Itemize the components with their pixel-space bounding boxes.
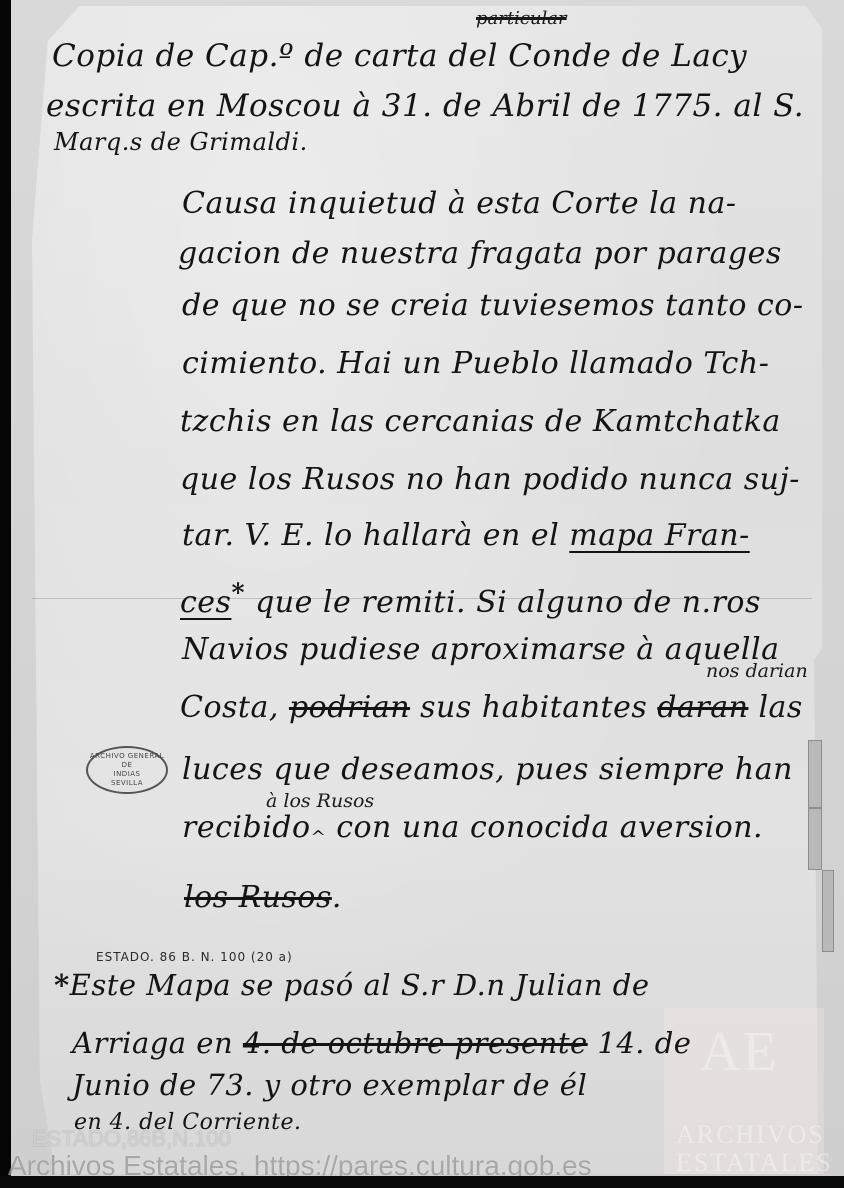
interlinear-a-los-rusos: à los Rusos: [266, 790, 374, 812]
body-line-12: recibido^ con una conocida aversion.: [182, 810, 763, 848]
underlined-ces: ces: [180, 585, 231, 620]
body-line-2: gacion de nuestra fragata por parages: [178, 236, 782, 271]
struck-podrian: podrian: [289, 690, 410, 725]
body-line-1: Causa inquietud à esta Corte la na-: [182, 186, 737, 221]
body-line-4: cimiento. Hai un Pueblo llamado Tch-: [182, 346, 769, 381]
body-line-6: que los Rusos no han podido nunca suj-: [180, 462, 800, 497]
archive-stamp: ARCHIVO GENERAL DE INDIAS SEVILLA: [86, 746, 168, 794]
struck-header-word: particular: [476, 8, 567, 29]
footnote-line-3: Junio de 73. y otro exemplar de él: [72, 1068, 587, 1102]
scan-bottom-border: [0, 1176, 844, 1188]
body-line-7: tar. V. E. lo hallarà en el mapa Fran-: [182, 518, 750, 553]
body-line-10: Costa, podrian sus habitantes daran las: [180, 690, 803, 725]
binding-tab: [808, 808, 822, 870]
footnote-line-1: *Este Mapa se pasó al S.r D.n Julian de: [54, 968, 650, 1002]
archive-reference: ESTADO. 86 B. N. 100 (20 a): [96, 950, 293, 964]
header-line-1: Copia de Cap.º de carta del Conde de Lac…: [52, 38, 747, 74]
insertion-caret: ^: [311, 827, 327, 848]
body-line-9: Navios pudiese aproximarse à aquella: [182, 632, 779, 667]
header-line-3: Marq.s de Grimaldi.: [54, 128, 308, 156]
binding-tab: [808, 740, 822, 808]
struck-date: 4. de octubre presente: [243, 1026, 588, 1060]
watermark-signature: ESTADO,86B,N.100: [32, 1126, 231, 1152]
body-line-5: tzchis en las cercanias de Kamtchatka: [180, 404, 781, 439]
binding-tab: [822, 870, 834, 952]
scan-left-border: [0, 0, 11, 1188]
body-line-3: de que no se creia tuviesemos tanto co-: [182, 288, 804, 323]
body-line-13: los Rusos.: [184, 880, 342, 915]
header-line-2: escrita en Moscou à 31. de Abril de 1775…: [46, 88, 804, 124]
body-line-8-text: que le remiti. Si alguno de n.ros: [245, 585, 761, 620]
body-line-11: luces que deseamos, pues siempre han: [182, 752, 793, 787]
body-line-8: ces* que le remiti. Si alguno de n.ros: [180, 578, 761, 620]
struck-daran: daran: [657, 690, 748, 725]
struck-los-rusos: los Rusos: [184, 880, 332, 915]
watermark-logo-line2: ESTATALES: [676, 1148, 833, 1178]
footnote-marker: *: [231, 578, 245, 607]
footnote-line-2: Arriaga en 4. de octubre presente 14. de: [72, 1026, 691, 1060]
watermark-logo-ae: AE: [700, 1020, 779, 1084]
footnote-asterisk: *: [54, 968, 70, 1002]
watermark-logo-line1: ARCHIVOS: [676, 1120, 825, 1150]
interlinear-nos-darian: nos darian: [706, 660, 808, 682]
body-line-7-text: tar. V. E. lo hallarà en el: [182, 518, 569, 553]
underlined-mapa: mapa Fran-: [569, 518, 749, 553]
